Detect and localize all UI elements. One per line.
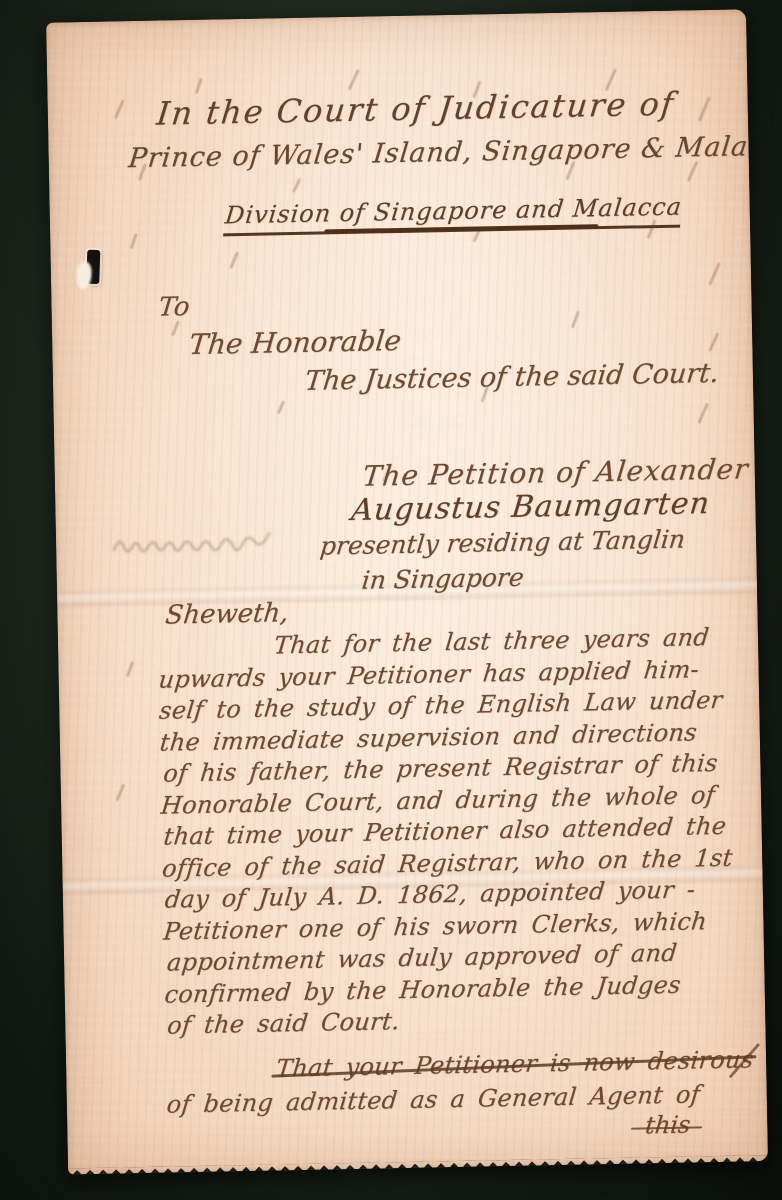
ink-bleed-mark: [708, 262, 720, 285]
salutation-honorable: The Honorable: [188, 324, 403, 361]
ink-bleed-mark: [571, 311, 580, 329]
petitioner-name: Augustus Baumgarten: [350, 486, 712, 528]
court-header-line2: Prince of Wales' Island, Singapore & Mal…: [127, 130, 768, 174]
photo-background: { "colors": { "background": "#1d261d", "…: [0, 0, 782, 1200]
paragraph1-line: of the said Court.: [166, 1007, 401, 1040]
paragraph2-line: of being admitted as a General Agent of: [165, 1080, 701, 1118]
ink-bleed-mark: [348, 69, 360, 90]
salutation-justices: The Justices of the said Court.: [303, 358, 720, 397]
ink-bleed-mark: [277, 400, 285, 414]
struck-through-line: That your Petitioner is now desirous: [275, 1045, 755, 1082]
ink-bleed-mark: [698, 97, 711, 122]
catchword-struck: this: [644, 1111, 692, 1140]
deckled-paper-edge: [64, 1155, 768, 1175]
paragraph1-line: confirmed by the Honorable the Judges: [163, 971, 682, 1009]
sheweth-heading: Sheweth,: [164, 598, 290, 630]
salutation-to: To: [157, 292, 191, 323]
petition-intro-line3: presently residing at Tanglin: [319, 525, 687, 561]
document-page: In the Court of Judicature of Prince of …: [46, 9, 768, 1174]
punch-hole: [86, 250, 100, 284]
paragraph1-line: That for the last three years and: [273, 623, 711, 659]
ink-bleed-mark: [130, 233, 138, 249]
ink-bleed-mark: [195, 78, 203, 94]
court-header-line1: In the Court of Judicature of: [155, 85, 677, 133]
ink-bleed-mark: [115, 784, 125, 802]
paragraph1-line: appointment was duly approved of and: [166, 939, 679, 977]
division-line-underlined: Division of Singapore and Malacca: [223, 193, 683, 237]
ink-bleed-mark: [292, 178, 301, 193]
ink-bleed-mark: [229, 251, 239, 269]
ink-bleed-mark: [687, 161, 699, 182]
petition-intro-line4: in Singapore: [360, 563, 525, 595]
ink-bleedthrough-mirrored-writing: [108, 520, 289, 567]
ink-bleed-mark: [114, 100, 125, 120]
paragraph1-line: day of July A. D. 1862, appointed your -: [163, 875, 696, 913]
ink-bleed-mark: [171, 320, 180, 336]
ink-bleed-mark: [697, 403, 709, 424]
ink-bleed-mark: [126, 661, 134, 677]
ink-bleed-mark: [708, 332, 719, 351]
